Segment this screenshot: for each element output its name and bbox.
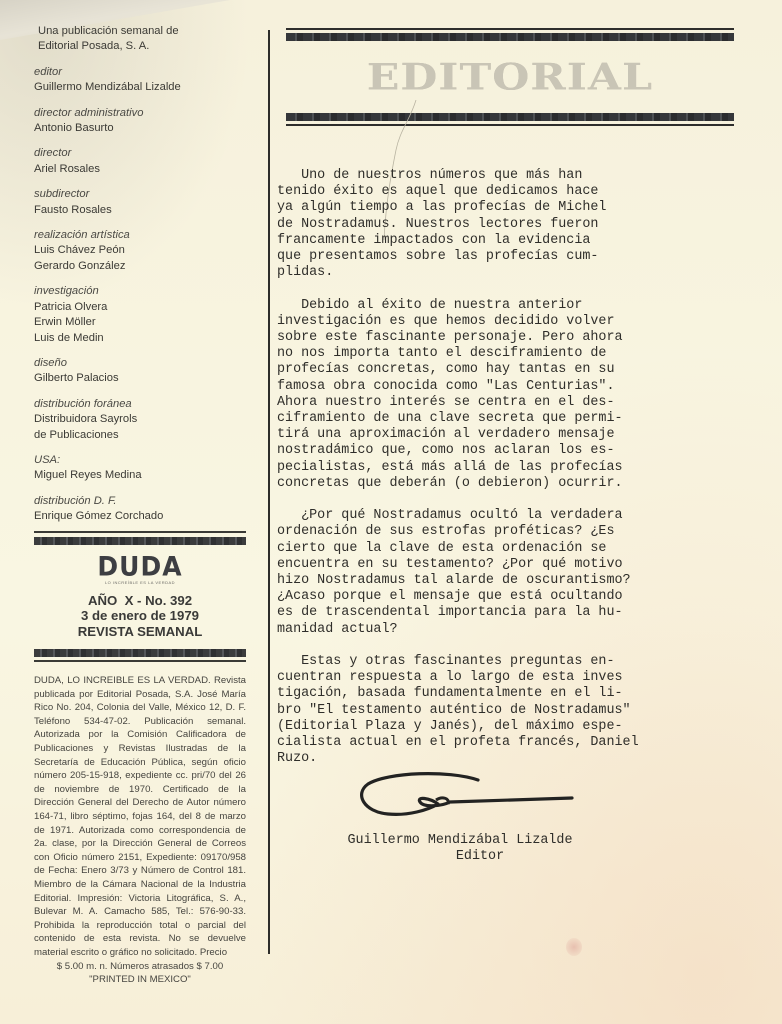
credit-name: Miguel Reyes Medina <box>34 468 246 483</box>
editorial-header-bottom-rule <box>286 113 734 126</box>
credit-role: subdirector <box>34 187 246 202</box>
rule-thick <box>286 33 734 41</box>
masthead: Una publicación semanal de Editorial Pos… <box>34 24 246 987</box>
credit-name: Patricia Olvera <box>34 300 246 315</box>
credit-name: Luis de Medin <box>34 331 246 346</box>
issue-date: 3 de enero de 1979 <box>34 608 246 624</box>
credit-role: USA: <box>34 453 246 468</box>
issue-box: DUDA lo increíble es la verdad AÑO X - N… <box>34 545 246 640</box>
publisher-intro: Una publicación semanal de Editorial Pos… <box>38 24 246 55</box>
paragraph: Estas y otras fascinantes preguntas en- … <box>277 654 717 767</box>
credit-director: director Ariel Rosales <box>34 146 246 177</box>
paragraph: Debido al éxito de nuestra anterior inve… <box>277 298 717 492</box>
credit-realizacion-artistica: realización artística Luis Chávez Peón G… <box>34 228 246 274</box>
credit-name: Guillermo Mendizábal Lizalde <box>34 80 246 95</box>
credit-role: director <box>34 146 246 161</box>
intro-line: Una publicación semanal de <box>38 24 246 39</box>
credit-name: Antonio Basurto <box>34 121 246 136</box>
duda-logo: DUDA <box>34 554 246 579</box>
credit-role: diseño <box>34 356 246 371</box>
credit-name: Distribuidora Sayrols <box>34 412 246 427</box>
credit-role: editor <box>34 65 246 80</box>
divider-line <box>34 660 246 662</box>
legal-notice: DUDA, LO INCREIBLE ES LA VERDAD. Revista… <box>34 674 246 959</box>
signature-role: Editor <box>300 849 660 865</box>
credit-name: de Publicaciones <box>34 428 246 443</box>
credit-diseno: diseño Gilberto Palacios <box>34 356 246 387</box>
credit-subdirector: subdirector Fausto Rosales <box>34 187 246 218</box>
column-divider <box>268 30 270 954</box>
intro-line: Editorial Posada, S. A. <box>38 39 246 54</box>
price-line: $ 5.00 m. n. Números atrasados $ 7.00 <box>34 960 246 974</box>
credit-name: Ariel Rosales <box>34 162 246 177</box>
credit-usa: USA: Miguel Reyes Medina <box>34 453 246 484</box>
credit-distribucion-foranea: distribución foránea Distribuidora Sayro… <box>34 397 246 443</box>
divider-bar <box>34 537 246 545</box>
editorial-title: EDITORIAL <box>259 53 761 101</box>
signature-icon <box>358 770 578 822</box>
credit-role: distribución foránea <box>34 397 246 412</box>
credit-name: Erwin Möller <box>34 315 246 330</box>
credit-role: realización artística <box>34 228 246 243</box>
rule-thin <box>286 124 734 126</box>
issue-number: AÑO X - No. 392 <box>34 593 246 609</box>
credit-editor: editor Guillermo Mendizábal Lizalde <box>34 65 246 96</box>
paragraph: Uno de nuestros números que más han teni… <box>277 168 717 281</box>
printed-in-mexico: "PRINTED IN MEXICO" <box>34 973 246 987</box>
rule-thick <box>286 113 734 121</box>
divider-bar <box>34 649 246 657</box>
divider-line <box>34 531 246 533</box>
paper-stain <box>566 938 582 956</box>
credit-name: Gerardo González <box>34 259 246 274</box>
paragraph: ¿Por qué Nostradamus ocultó la verdadera… <box>277 508 717 638</box>
editorial-header-top-rule <box>286 28 734 41</box>
credit-director-administrativo: director administrativo Antonio Basurto <box>34 106 246 137</box>
credit-distribucion-df: distribución D. F. Enrique Gómez Corchad… <box>34 494 246 525</box>
issue-frequency: REVISTA SEMANAL <box>34 624 246 640</box>
credit-role: distribución D. F. <box>34 494 246 509</box>
credit-name: Enrique Gómez Corchado <box>34 509 246 524</box>
credit-name: Gilberto Palacios <box>34 371 246 386</box>
credit-name: Luis Chávez Peón <box>34 243 246 258</box>
credit-role: director administrativo <box>34 106 246 121</box>
credit-investigacion: investigación Patricia Olvera Erwin Möll… <box>34 284 246 346</box>
credit-name: Fausto Rosales <box>34 203 246 218</box>
credit-role: investigación <box>34 284 246 299</box>
signature-name: Guillermo Mendizábal Lizalde <box>300 833 620 849</box>
editorial-article: Uno de nuestros números que más han teni… <box>277 168 717 784</box>
rule-thin <box>286 28 734 30</box>
